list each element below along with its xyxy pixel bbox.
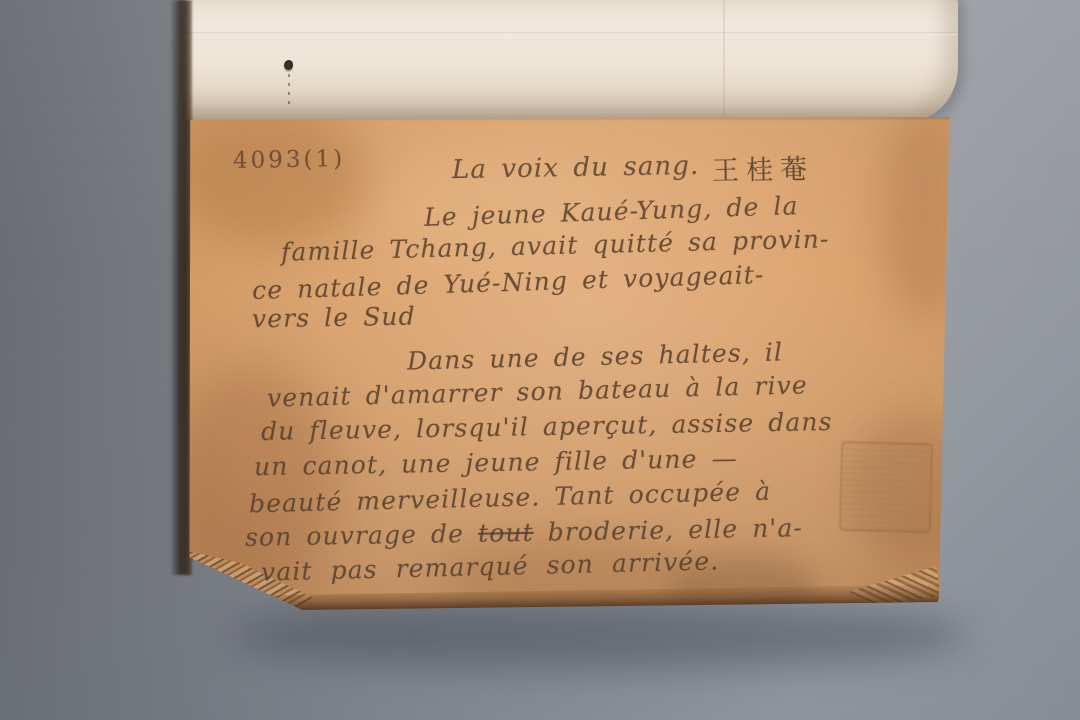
ink-blot	[284, 60, 293, 70]
page-crease	[183, 32, 958, 35]
ink-drip	[288, 74, 290, 106]
paper-stain	[178, 106, 368, 246]
book-spine-edge	[170, 0, 192, 575]
paper-stain	[168, 364, 338, 594]
page-crease	[723, 0, 725, 120]
paper-stain	[368, 154, 628, 264]
book-shadow	[230, 600, 970, 670]
photo-of-manuscript: 4093(1) La voix du sang. 王桂菴 Le jeune Ka…	[0, 0, 1080, 720]
paper-stain	[878, 108, 968, 318]
faint-seal-stamp	[839, 441, 933, 533]
flipped-pages-stack	[183, 0, 958, 120]
manuscript-page	[188, 114, 951, 612]
